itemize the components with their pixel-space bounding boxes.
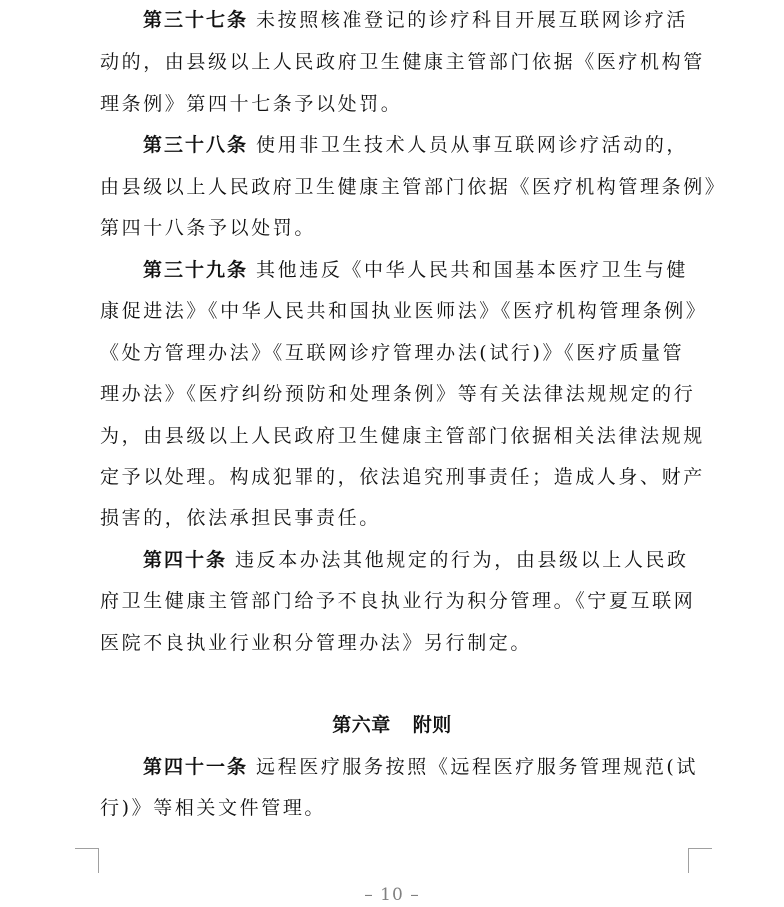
article-number: 第三十九条 xyxy=(143,259,248,281)
article-39-line-4: 理办法》《医疗纠纷预防和处理条例》等有关法律法规规定的行 xyxy=(100,379,692,409)
article-text: 使用非卫生技术人员从事互联网诊疗活动的， xyxy=(256,134,688,156)
article-39-line-5: 为，由县级以上人民政府卫生健康主管部门依据相关法律法规规 xyxy=(100,421,692,451)
article-40-line-2: 府卫生健康主管部门给予不良执业行为积分管理。《宁夏互联网 xyxy=(100,586,692,616)
article-39-line-6: 定予以处理。构成犯罪的，依法追究刑事责任；造成人身、财产 xyxy=(100,462,692,492)
article-text: 远程医疗服务按照《远程医疗服务管理规范(试 xyxy=(256,756,698,778)
article-text: 违反本办法其他规定的行为，由县级以上人民政 xyxy=(235,549,689,571)
chapter-number: 第六章 xyxy=(332,714,391,736)
article-39-line-3: 《处方管理办法》《互联网诊疗管理办法(试行)》《医疗质量管 xyxy=(100,338,692,368)
article-number: 第三十八条 xyxy=(143,134,248,156)
article-40-line-1: 第四十条违反本办法其他规定的行为，由县级以上人民政 xyxy=(143,545,692,575)
article-37-line-3: 理条例》第四十七条予以处罚。 xyxy=(100,89,692,119)
article-39-line-1: 第三十九条其他违反《中华人民共和国基本医疗卫生与健 xyxy=(143,255,692,285)
article-number: 第四十一条 xyxy=(143,756,248,778)
crop-mark-left xyxy=(75,848,99,873)
document-page: 第三十七条未按照核准登记的诊疗科目开展互联网诊疗活 动的，由县级以上人民政府卫生… xyxy=(0,0,784,907)
chapter-heading: 第六章附则 xyxy=(0,710,784,740)
article-39-line-2: 康促进法》《中华人民共和国执业医师法》《医疗机构管理条例》 xyxy=(100,296,692,326)
article-38-line-2: 由县级以上人民政府卫生健康主管部门依据《医疗机构管理条例》 xyxy=(100,172,692,202)
article-41-line-1: 第四十一条远程医疗服务按照《远程医疗服务管理规范(试 xyxy=(143,752,692,782)
article-40-line-3: 医院不良执业行业积分管理办法》另行制定。 xyxy=(100,628,692,658)
article-38-line-1: 第三十八条使用非卫生技术人员从事互联网诊疗活动的， xyxy=(143,130,692,160)
article-38-line-3: 第四十八条予以处罚。 xyxy=(100,213,692,243)
article-37-line-1: 第三十七条未按照核准登记的诊疗科目开展互联网诊疗活 xyxy=(143,5,692,35)
article-text: 其他违反《中华人民共和国基本医疗卫生与健 xyxy=(256,259,688,281)
crop-mark-right xyxy=(688,848,712,873)
article-39-line-7: 损害的，依法承担民事责任。 xyxy=(100,503,692,533)
article-41-line-2: 行)》等相关文件管理。 xyxy=(100,793,692,823)
page-number: – 10 – xyxy=(0,885,784,905)
chapter-title: 附则 xyxy=(413,714,452,736)
article-number: 第四十条 xyxy=(143,549,227,571)
article-text: 未按照核准登记的诊疗科目开展互联网诊疗活 xyxy=(256,9,688,31)
article-number: 第三十七条 xyxy=(143,9,248,31)
article-37-line-2: 动的，由县级以上人民政府卫生健康主管部门依据《医疗机构管 xyxy=(100,47,692,77)
